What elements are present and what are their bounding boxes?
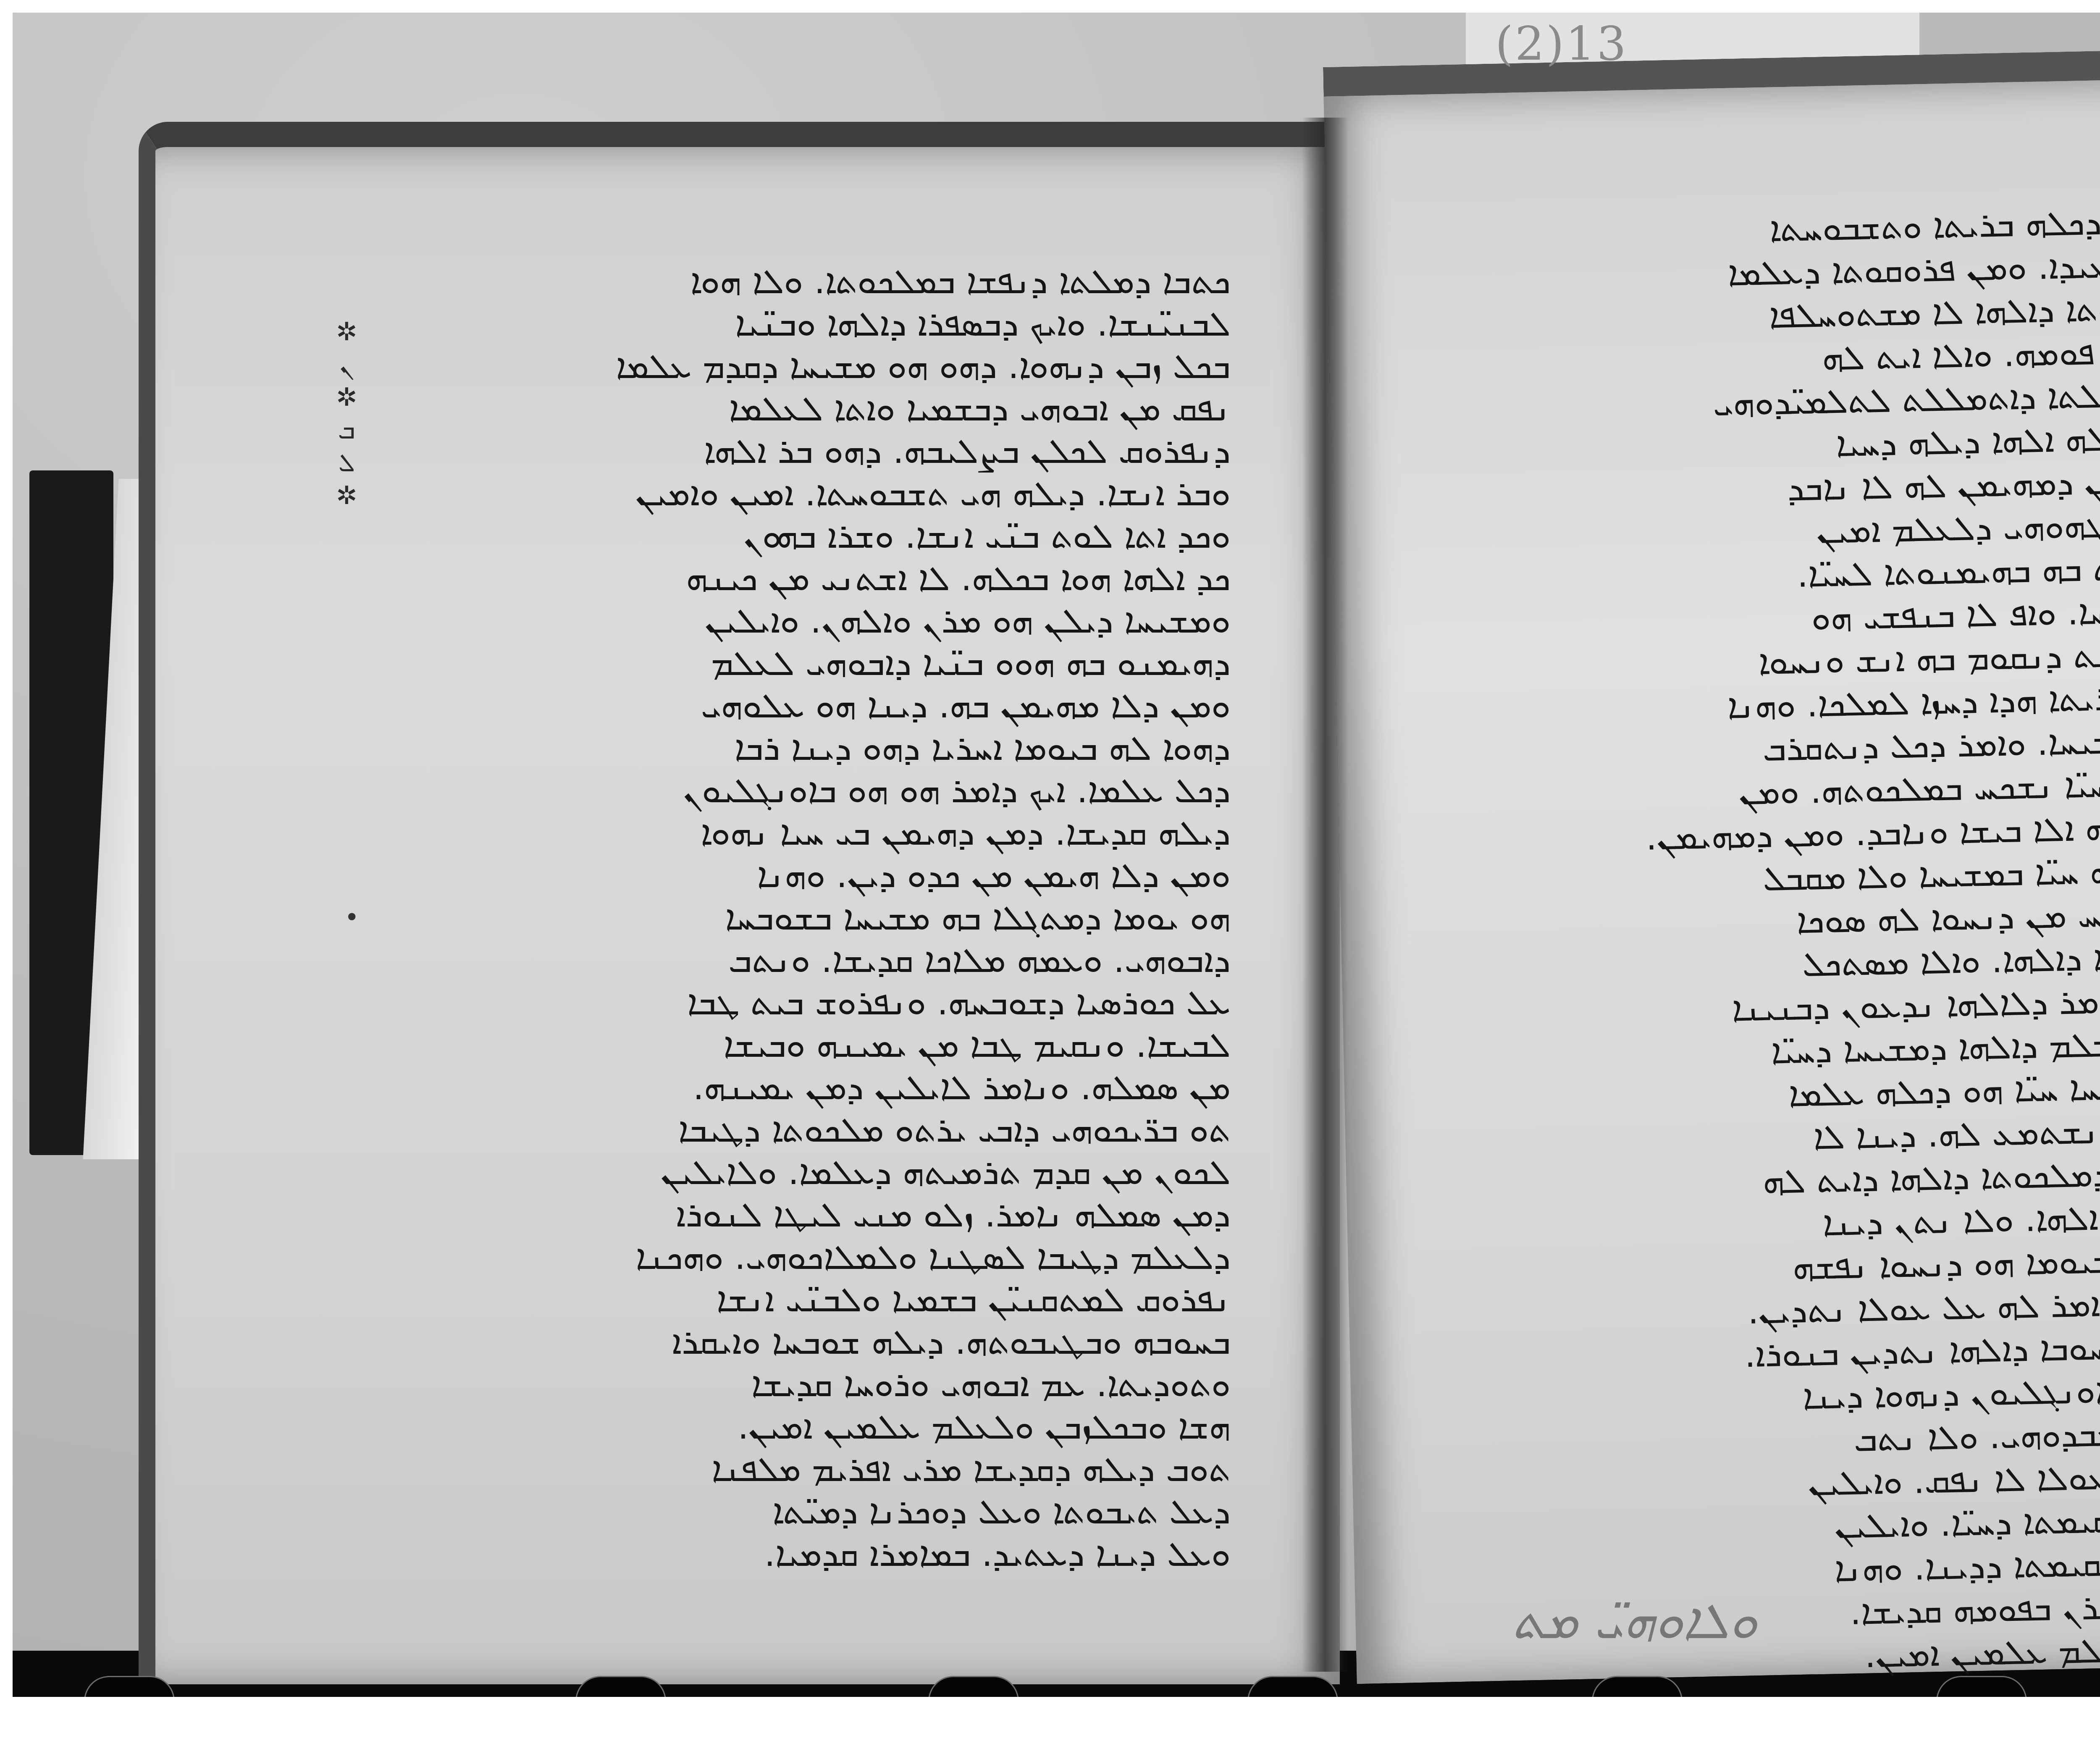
marginal-letter: ܢ	[340, 352, 354, 377]
manuscript-line: ܬܘ ܒܪ̈ܝܟܘܗܝ ܕܐܒܝ ܝܪܬܘ ܡܠܟܘܬܐ ܕܛܝܒܐ	[357, 1109, 1231, 1151]
sprocket-hole	[575, 1676, 666, 1697]
manuscript-line: ܘܥܠ ܕܝܢܐ ܕܥܬܝܕ. ܒܡܐܡܪܐ ܩܕܡܝܐ.	[357, 1533, 1231, 1576]
sprocket-hole	[1592, 1676, 1683, 1697]
manuscript-line: ܢܦܪܘܩ ܠܡܬܩܢܝ̈ܢ ܒܫܡܝܐ ܘܠܒܢ̈ܝ ܐܢܫܐ	[357, 1279, 1231, 1321]
manuscript-line: ܕܝܠܗ ܩܕܝܫܐ. ܕܡܢ ܕܗܝܡܢ ܒܝ ܚܝܐ ܢܗܘܐ	[357, 812, 1231, 854]
manuscript-line: ܕܐܒܘܗܝ. ܘܥܡܗ ܡܠܐܟܐ ܩܕܝܫܐ. ܘܢܬܒ	[357, 939, 1231, 982]
manuscript-line: ܘܟܕ ܐܬܐ ܠܘܬ ܒܢ̈ܝ ܐܢܫܐ. ܘܫܪܐ ܒܗܘܢ	[357, 515, 1231, 557]
star-ornament-icon: ✲	[336, 385, 357, 410]
manuscript-line: ܒܚܘܒܗ ܘܒܛܝܒܘܬܗ. ܕܝܠܗ ܫܘܒܚܐ ܘܐܝܩܪܐ	[357, 1321, 1231, 1363]
pencil-annotation: ܘܠܐܘܗܝ̈ ܡܬ	[1512, 1592, 1757, 1651]
manuscript-line: ܘܡܢ ܕܠܐ ܡܗܝܡܢ ܒܗ. ܕܝܢܐ ܗܘ ܥܠܘܗܝ	[357, 685, 1231, 727]
manuscript-line: ܕܡܢ ܣܡܠܗ ܢܐܡܪ. ܙܠܘ ܡܢܝ ܠܝܛܐ ܠܢܘܪܐ	[357, 1194, 1231, 1236]
manuscript-line: ܠܟܘܢ ܡܢ ܩܕܡ ܬܪܡܝܬܗ ܕܥܠܡܐ. ܘܠܐܝܠܝܢ	[357, 1151, 1231, 1194]
sprocket-hole	[928, 1676, 1019, 1697]
manuscript-line: ܕܟܠ ܥܠܡܐ. ܐܝܟ ܕܐܡܪ ܗܘ ܗܘ ܒܐܘܢܓܠܝܘܢ	[357, 769, 1231, 812]
manuscript-line: ܕܗܝܡܢܘ ܒܗ ܗܘܘ ܒܢ̈ܝܐ ܕܐܒܘܗܝ ܠܥܠܡ	[357, 642, 1231, 685]
manuscript-line: ܢܦܩ ܡܢ ܐܒܘܗܝ ܕܒܫܡܝܐ ܘܐܬܐ ܠܥܠܡܐ	[357, 388, 1231, 430]
gutter-fold	[1302, 118, 1348, 1672]
manuscript-line: ܕܢܦܪܘܩ ܠܟܠܢ ܒܨܠܝܒܗ. ܕܗܘ ܒܪ ܐܠܗܐ	[357, 430, 1231, 473]
section-marker-ornament: ✲ܢ✲ܒܠ✲	[336, 319, 357, 508]
manuscript-line: ܘܒܪ ܐܢܫܐ. ܕܝܠܗ ܗܝ ܬܫܒܘܚܬܐ. ܐܡܝܢ ܘܐܡܝܢ	[357, 473, 1231, 515]
manuscript-line: ܗܫܐ ܘܒܟܠܙܒܢ ܘܠܥܠܡ ܥܠܡܝܢ ܐܡܝܢ.	[357, 1406, 1231, 1448]
manuscript-line: ܠܒܝܫܐ. ܘܢܩܝܡ ܛܒܐ ܡܢ ܝܡܝܢܗ ܘܒܝܫܐ	[357, 1024, 1231, 1066]
manuscript-line: ܟܕ ܐܠܗܐ ܗܘܐ ܒܟܠܗ. ܠܐ ܐܫܬܢܝ ܡܢ ܟܝܢܗ	[357, 557, 1231, 600]
sprocket-hole	[84, 1676, 175, 1697]
right-page-text: ܕܡܫܬܒܚܐ ܒܗ ܕܟܠܗ ܒܪܝܬܐ ܘܬܫܒܘܚܬܐܕܗܘܐ ܠܗ ܡܢ…	[1442, 197, 2100, 1686]
manuscript-line: ܬܘܒ ܕܝܠܗ ܕܩܕܝܫܐ ܡܪܝ ܐܦܪܝܡ ܡܠܦܢܐ	[357, 1448, 1231, 1491]
manuscript-line: ܘܡܢ ܕܠܐ ܗܝܡܢ ܡܢ ܟܕܘ ܕܝܢ. ܘܗܢܐ	[357, 854, 1231, 897]
marginal-letter: ܒ	[338, 418, 355, 443]
manuscript-line: ܗܘ ܝܘܡܐ ܕܡܬܓܠܐ ܒܗ ܡܫܝܚܐ ܒܫܘܒܚܐ	[357, 897, 1231, 939]
manuscript-line: ܒܟܠ ܙܒܢ ܕܢܗܘܐ. ܕܗܘ ܗܘ ܡܫܝܚܐ ܕܩܕܡ ܥܠܡܐ	[357, 345, 1231, 388]
manuscript-line: ܥܠ ܟܘܪܣܝܐ ܕܫܘܒܚܗ. ܘܢܦܪܘܫ ܒܝܬ ܛܒܐ	[357, 982, 1231, 1024]
sprocket-hole	[1247, 1676, 1338, 1697]
manuscript-line: ܡܢ ܣܡܠܗ. ܘܢܐܡܪ ܠܐܝܠܝܢ ܕܡܢ ܝܡܝܢܗ.	[357, 1066, 1231, 1109]
sprocket-hole	[1936, 1676, 2027, 1697]
left-page-text: ܟܬܒܐ ܕܡܠܬܐ ܕܢܦܫܐ ܒܡܠܟܘܬܐ. ܘܠܐ ܗܘܐܠܒܢܝ̈ܢܫ…	[357, 260, 1231, 1576]
star-ornament-icon: ✲	[336, 319, 357, 344]
archive-number: (2)13	[1495, 17, 1628, 71]
microfilm-frame: IE 08 ···· 1·· ··· ·· ✲ܢ✲ܒܠ✲ • ܟܬܒܐ ܕܡܠܬ…	[13, 13, 2100, 1697]
manuscript-line: ܠܒܢܝ̈ܢܫܐ. ܘܐܝܟ ܕܒܣܦܪܐ ܕܐܠܗܐ ܘܒܢ̈ܝܐ	[357, 303, 1231, 345]
manuscript-line: ܟܬܒܐ ܕܡܠܬܐ ܕܢܦܫܐ ܒܡܠܟܘܬܐ. ܘܠܐ ܗܘܐ	[357, 260, 1231, 303]
manuscript-line: ܕܥܠ ܬܝܒܘܬܐ ܘܥܠ ܕܘܟܪܢܐ ܕܡܝ̈ܬܐ	[357, 1491, 1231, 1533]
star-ornament-icon: ✲	[336, 483, 357, 508]
manuscript-line: ܕܗܘܐ ܠܗ ܒܝܘܡܐ ܐܚܪܝܐ ܕܗܘ ܕܝܢܐ ܪܒܐ	[357, 727, 1231, 769]
manuscript-line: ܘܬܘܕܝܬܐ. ܥܡ ܐܒܘܗܝ ܘܪܘܚܐ ܩܕܝܫܐ	[357, 1363, 1231, 1406]
marginal-letter: ܠ	[339, 450, 355, 475]
manuscript-line: ܘܡܫܝܚܐ ܕܝܠܢ ܗܘ ܡܪܢ ܘܐܠܗܢ. ܘܐܝܠܝܢ	[357, 600, 1231, 642]
manuscript-line: ܕܠܥܠܡ ܕܛܝܒܐ ܠܣܛܢܐ ܘܠܡܠܐܟܘܗܝ. ܘܗܟܢܐ	[357, 1236, 1231, 1279]
sprocket-row	[13, 1676, 2100, 1697]
